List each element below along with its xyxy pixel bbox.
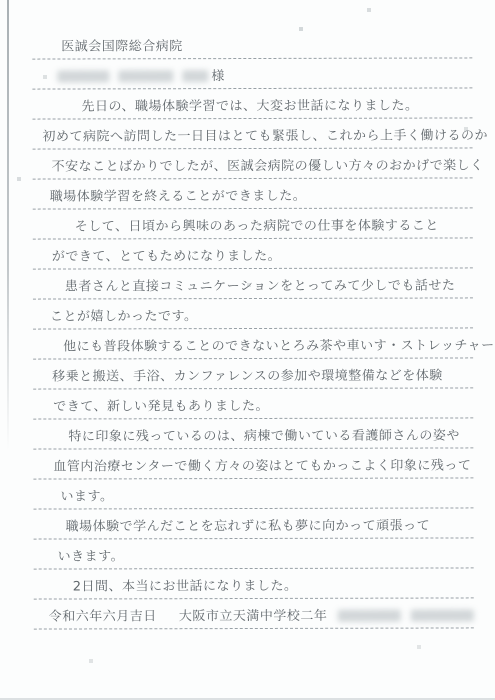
letter-line-text: います。 — [33, 490, 113, 508]
letter-line-text: 職場体験で学んだことを忘れずに私も夢に向かって頑張って — [34, 520, 431, 539]
letter-line-text: 血管内治療センターで働く方々の姿はとてもかっこよく印象に残って — [33, 459, 471, 478]
letter-line: 初めて病院へ訪問した一日目はとても緊張し、これから上手く働けるのか — [32, 118, 472, 149]
letter-line: 特に印象に残っているのは、病棟で働いている看護師さんの姿や — [33, 418, 473, 449]
letter-date: 令和六年六月吉日 — [34, 610, 157, 628]
recipient-organization: 医誠会国際総合病院 — [32, 40, 183, 58]
letter-line-text: 他にも普段体験することのできないとろみ茶や車いす・ストレッチャーの — [33, 339, 495, 358]
letter-body: 医誠会国際総合病院 様 先日の、職場体験学習では、大変お世話になりました。 初め… — [32, 0, 474, 630]
scan-edge-artifact-left — [7, 0, 9, 450]
letter-line: 血管内治療センターで働く方々の姿はとてもかっこよく印象に残って — [33, 448, 473, 479]
recipient-name-line: 様 — [32, 58, 472, 89]
letter-line: 不安なことばかりでしたが、医誠会病院の優しい方々のおかげで楽しく — [33, 148, 473, 179]
letter-line: います。 — [33, 478, 473, 509]
letter-line-text: ができて、とてもためになりました。 — [33, 250, 281, 269]
letter-line: 他にも普段体験することのできないとろみ茶や車いす・ストレッチャーの — [33, 328, 473, 359]
letter-line: いきます。 — [34, 538, 474, 569]
recipient-organization-line: 医誠会国際総合病院 — [32, 28, 472, 59]
letter-line: 2日間、本当にお世話になりました。 — [34, 568, 474, 599]
letter-line: できて、新しい発見もありました。 — [33, 388, 473, 419]
letter-line: そして、日頃から興味のあった病院での仕事を体験すること — [33, 208, 473, 239]
redacted-recipient-name — [182, 70, 208, 82]
letter-line: ができて、とてもためになりました。 — [33, 238, 473, 269]
letter-line-text: 特に印象に残っているのは、病棟で働いている看護師さんの姿や — [33, 429, 460, 448]
letter-line: ことが嬉しかったです。 — [33, 298, 473, 329]
redacted-student-name — [411, 609, 474, 621]
letter-line-text: できて、新しい発見もありました。 — [33, 400, 269, 419]
scan-noise-specks — [0, 0, 2, 2]
letter-line-text: ことが嬉しかったです。 — [33, 310, 198, 328]
redacted-recipient-name — [118, 70, 173, 82]
letter-line-text: 移乗と搬送、手浴、カンファレンスの参加や環境整備などを体験 — [33, 370, 443, 389]
scanned-letter-page: 医誠会国際総合病院 様 先日の、職場体験学習では、大変お世話になりました。 初め… — [0, 0, 495, 700]
redacted-student-name — [337, 610, 400, 622]
letter-line-text: 2日間、本当にお世話になりました。 — [34, 580, 298, 599]
letter-line-text: いきます。 — [34, 550, 125, 568]
redacted-recipient-name — [57, 70, 109, 82]
letter-line-text: 職場体験学習を終えることができました。 — [33, 190, 307, 209]
honorific-sama: 様 — [208, 70, 225, 88]
letter-line-text: そして、日頃から興味のあった病院での仕事を体験すること — [33, 220, 439, 239]
signature-line: 令和六年六月吉日 大阪市立天満中学校二年 — [34, 598, 474, 629]
letter-line: 移乗と搬送、手浴、カンファレンスの参加や環境整備などを体験 — [33, 358, 473, 389]
letter-line: 職場体験で学んだことを忘れずに私も夢に向かって頑張って — [34, 508, 474, 539]
letter-line-text: 先日の、職場体験学習では、大変お世話になりました。 — [32, 100, 418, 119]
letter-line-text: 不安なことばかりでしたが、医誠会病院の優しい方々のおかげで楽しく — [33, 159, 484, 178]
letter-line: 先日の、職場体験学習では、大変お世話になりました。 — [32, 88, 472, 119]
letter-line-text: 初めて病院へ訪問した一日目はとても緊張し、これから上手く働けるのか — [33, 129, 489, 148]
school-and-grade: 大阪市立天満中学校二年 — [157, 610, 328, 628]
letter-line: 患者さんと直接コミュニケーションをとってみて少しでも話せた — [33, 268, 473, 299]
letter-line: 職場体験学習を終えることができました。 — [33, 178, 473, 209]
letter-line-text: 患者さんと直接コミュニケーションをとってみて少しでも話せた — [33, 279, 456, 298]
